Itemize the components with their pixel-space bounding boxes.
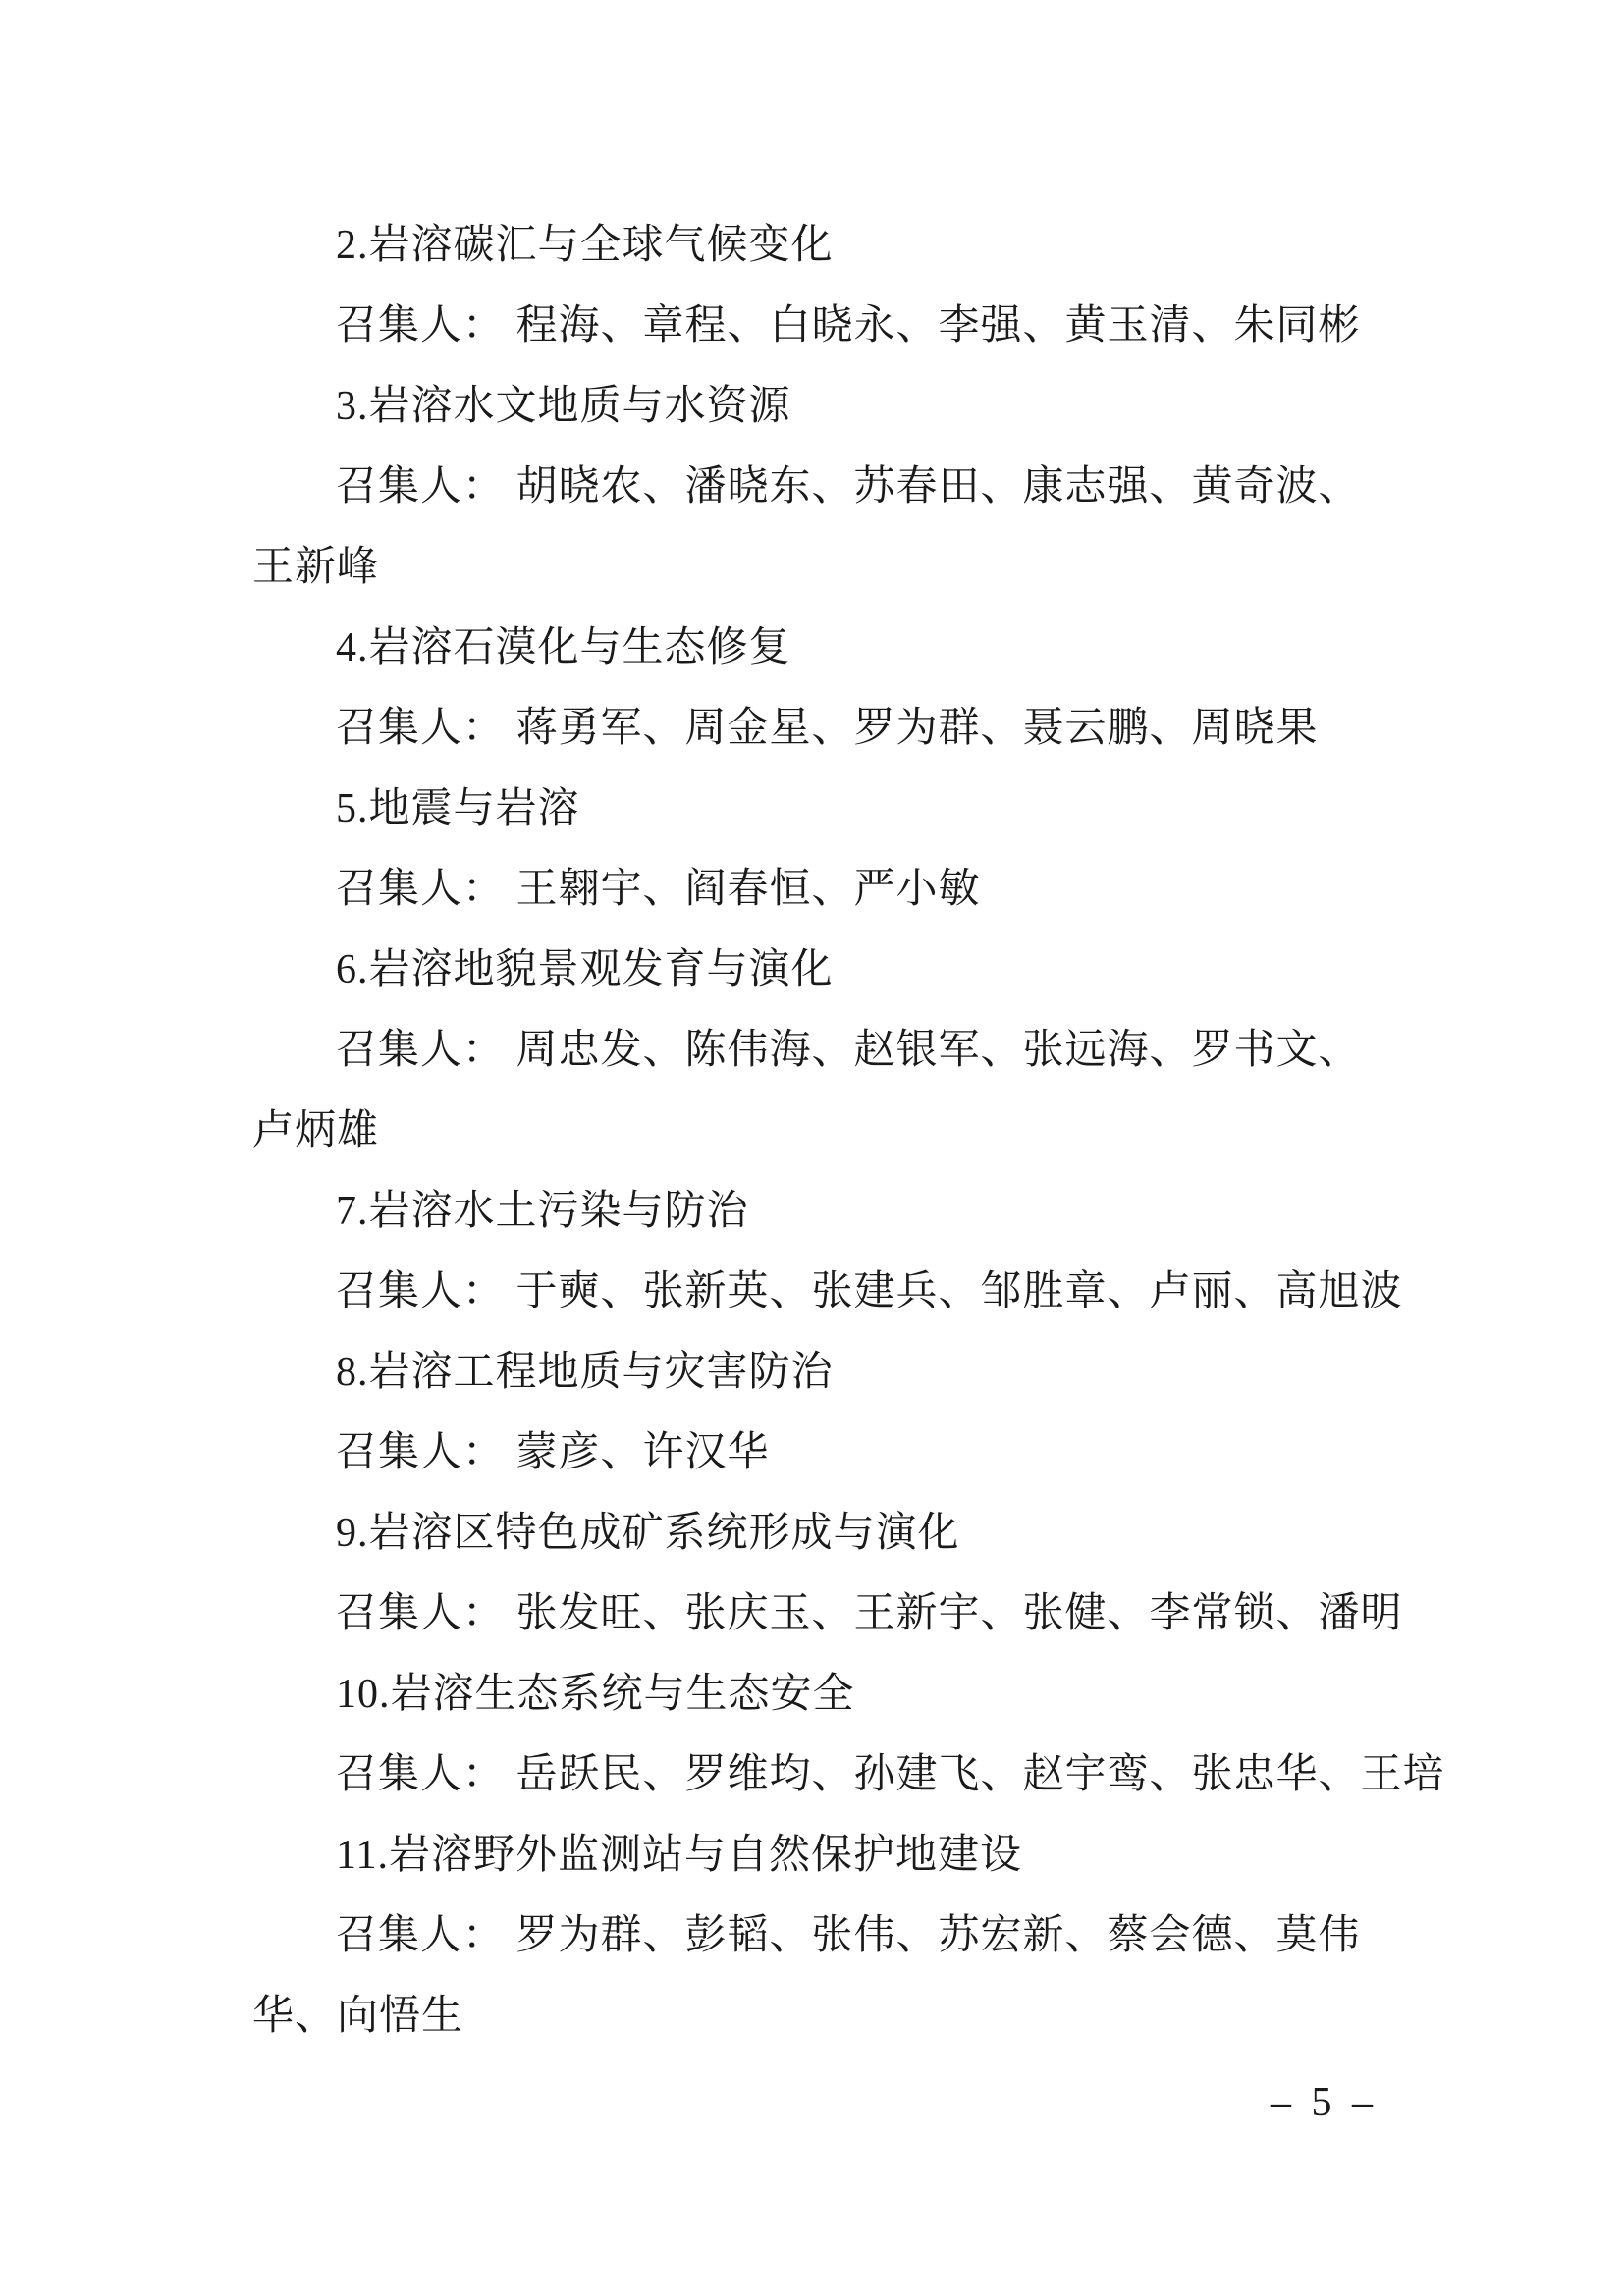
topic-line-6: 6.岩溶地貌景观发育与演化 <box>252 930 1396 1010</box>
conveners-line-4: 召集人： 蒋勇军、周金星、罗为群、聂云鹏、周晓果 <box>252 688 1396 769</box>
conveners-line-6-cont: 卢炳雄 <box>252 1091 1396 1171</box>
topic-line-9: 9.岩溶区特色成矿系统形成与演化 <box>252 1493 1396 1574</box>
topic-line-10: 10.岩溶生态系统与生态安全 <box>252 1654 1396 1735</box>
conveners-line-11: 召集人： 罗为群、彭韬、张伟、苏宏新、蔡会德、莫伟 <box>252 1896 1396 1976</box>
topic-line-11: 11.岩溶野外监测站与自然保护地建设 <box>252 1815 1396 1896</box>
conveners-line-5: 召集人： 王翱宇、阎春恒、严小敏 <box>252 849 1396 930</box>
conveners-line-3: 召集人： 胡晓农、潘晓东、苏春田、康志强、黄奇波、 <box>252 447 1396 527</box>
conveners-line-2: 召集人： 程海、章程、白晓永、李强、黄玉清、朱同彬 <box>252 286 1396 366</box>
conveners-line-6: 召集人： 周忠发、陈伟海、赵银军、张远海、罗书文、 <box>252 1010 1396 1091</box>
conveners-line-3-cont: 王新峰 <box>252 527 1396 608</box>
topic-line-8: 8.岩溶工程地质与灾害防治 <box>252 1332 1396 1413</box>
conveners-line-7: 召集人： 于奭、张新英、张建兵、邹胜章、卢丽、高旭波 <box>252 1252 1396 1332</box>
topic-line-3: 3.岩溶水文地质与水资源 <box>252 366 1396 447</box>
document-text-block: 2.岩溶碳汇与全球气候变化 召集人： 程海、章程、白晓永、李强、黄玉清、朱同彬 … <box>252 205 1396 2056</box>
conveners-line-9: 召集人： 张发旺、张庆玉、王新宇、张健、李常锁、潘明 <box>252 1574 1396 1654</box>
scanned-document-page: { "document": { "page_number": "– 5 –", … <box>0 0 1624 2296</box>
topic-line-2: 2.岩溶碳汇与全球气候变化 <box>252 205 1396 286</box>
conveners-line-8: 召集人： 蒙彦、许汉华 <box>252 1413 1396 1493</box>
page-number: – 5 – <box>1271 2073 1378 2132</box>
conveners-line-10: 召集人： 岳跃民、罗维均、孙建飞、赵宇鸾、张忠华、王培 <box>252 1735 1396 1815</box>
conveners-line-11-cont: 华、向悟生 <box>252 1976 1396 2056</box>
topic-line-5: 5.地震与岩溶 <box>252 769 1396 849</box>
topic-line-7: 7.岩溶水土污染与防治 <box>252 1171 1396 1252</box>
topic-line-4: 4.岩溶石漠化与生态修复 <box>252 608 1396 688</box>
